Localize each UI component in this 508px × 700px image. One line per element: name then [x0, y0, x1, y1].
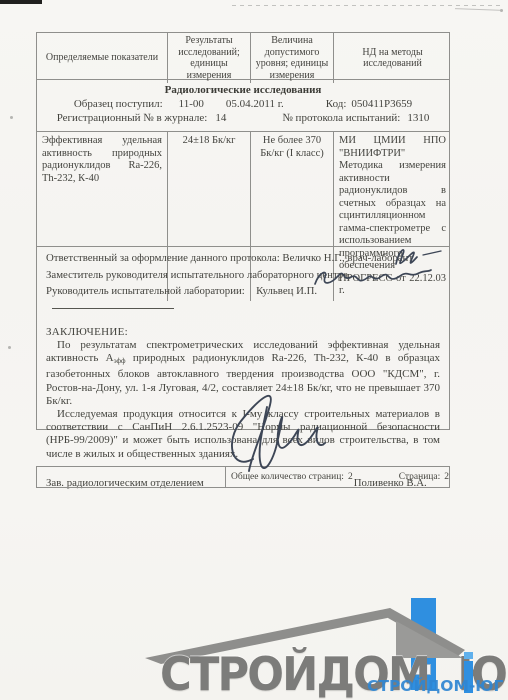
signature-line [52, 298, 174, 309]
conclusion-subscript: эфф [114, 357, 126, 365]
header-limit: Величина допустимого уровня; единицы изм… [251, 33, 334, 83]
logo-small-text: СТРОЙДОМ-ЮГ [367, 677, 503, 695]
registration-label: Регистрационный № в журнале: [57, 112, 208, 124]
lab-head-name: Кульвец И.П. [256, 285, 317, 297]
scan-artifact-line [232, 5, 504, 6]
header-results: Результаты исследований; единицы измерен… [168, 33, 251, 83]
table-data-row: Эффективная удельная активность природны… [37, 132, 449, 247]
sample-info-line: Образец поступил: 11-00 05.04.2011 г. Ко… [37, 98, 449, 110]
total-pages-label: Общее количество страниц: [231, 472, 344, 482]
scan-speck [8, 346, 11, 349]
sample-received-label: Образец поступил: [74, 98, 163, 110]
page-number-label: Страница: [399, 472, 441, 482]
scan-speck [10, 116, 13, 119]
lab-head-line: Руководитель испытательной лаборатории: … [46, 285, 440, 313]
conclusion-paragraph-1: По результатам спектрометрических исслед… [46, 339, 440, 408]
registration-info-line: Регистрационный № в журнале: 14 № проток… [37, 112, 449, 124]
scan-artifact-line-right [455, 8, 503, 11]
footer-empty-cell [37, 467, 226, 487]
deputy-line: Заместитель руководителя испытательного … [46, 269, 440, 282]
sample-received-date: 05.04.2011 г. [226, 98, 284, 110]
page-footer-table: Общее количество страниц: 2 Страница: 2 [36, 466, 450, 488]
responsible-line: Ответственный за оформление данного прот… [46, 252, 440, 265]
footer-pages-cell: Общее количество страниц: 2 Страница: 2 [226, 467, 449, 487]
registration-value: 14 [215, 112, 226, 124]
table-header-row: Определяемые показатели Результаты иссле… [37, 33, 449, 80]
conclusion-title: ЗАКЛЮЧЕНИЕ: [46, 326, 440, 338]
header-indicators: Определяемые показатели [37, 33, 168, 83]
logo-blue-dot [464, 652, 473, 659]
protocol-number-value: 1310 [407, 112, 429, 124]
sample-received-time: 11-00 [179, 98, 204, 110]
scanned-protocol-page: Определяемые показатели Результаты иссле… [0, 0, 508, 700]
code-value: 050411Р3659 [351, 98, 412, 110]
scan-speck [500, 9, 503, 12]
protocol-number-label: № протокола испытаний: [282, 112, 400, 124]
lab-head-label: Руководитель испытательной лаборатории: [46, 285, 245, 297]
signatures-and-conclusion: Ответственный за оформление данного прот… [37, 247, 449, 431]
section-title: Радиологические исследования [37, 84, 449, 96]
scan-artifact-corner [0, 0, 42, 4]
total-pages-value: 2 [348, 472, 353, 482]
code-label: Код: [326, 98, 347, 110]
header-methods: НД на методы исследований [334, 33, 451, 83]
protocol-table: Определяемые показатели Результаты иссле… [36, 32, 450, 430]
page-number-value: 2 [444, 472, 449, 482]
radiology-section: Радиологические исследования Образец пос… [37, 80, 449, 132]
conclusion-paragraph-2: Исследуемая продукция относится к I-му к… [46, 408, 440, 461]
